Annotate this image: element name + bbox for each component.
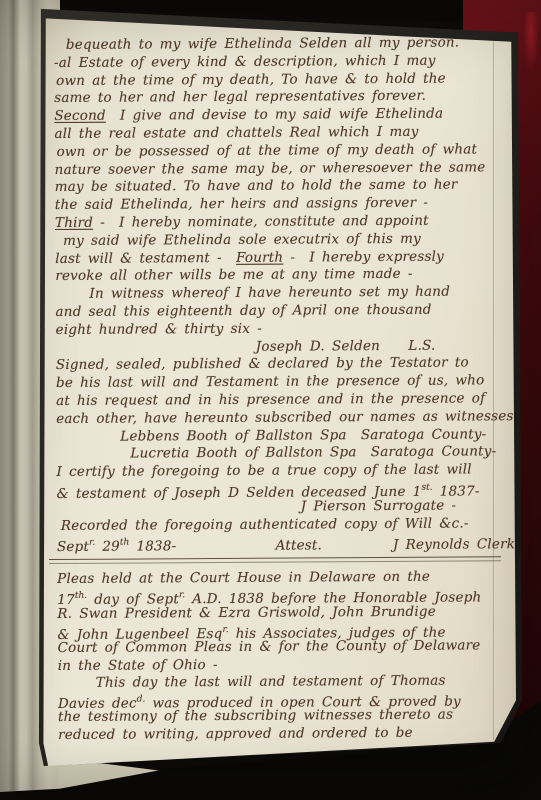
manuscript-line: the testimony of the subscribing witness… (58, 707, 496, 727)
manuscript-line: own at the time of my death, To have & t… (54, 70, 492, 90)
manuscript-line: Second I give and devise to my said wife… (54, 106, 492, 126)
book-scan: 75. bequeath to my wife Ethelinda Selden… (0, 0, 541, 800)
manuscript-page: 75. bequeath to my wife Ethelinda Selden… (42, 10, 516, 766)
manuscript-line: reduced to writing, approved and ordered… (58, 724, 496, 744)
manuscript-line: Third - I hereby nominate, constitute an… (55, 212, 493, 232)
manuscript-line: Septr. 29th 1838- Attest. J Reynolds Cle… (57, 533, 495, 553)
handwritten-text-area: bequeath to my wife Ethelinda Selden all… (54, 34, 496, 744)
manuscript-line: and seal this eighteenth day of April on… (55, 301, 493, 321)
manuscript-line: last will & testament - Fourth - I hereb… (55, 248, 493, 268)
court-record-text: Pleas held at the Court House in Delawar… (57, 568, 496, 744)
will-record-text: bequeath to my wife Ethelinda Selden all… (54, 34, 495, 553)
manuscript-line: Court of Common Pleas in & for the Count… (58, 638, 496, 658)
section-divider-rule (49, 556, 501, 564)
book-cover-highlight (523, 12, 539, 72)
